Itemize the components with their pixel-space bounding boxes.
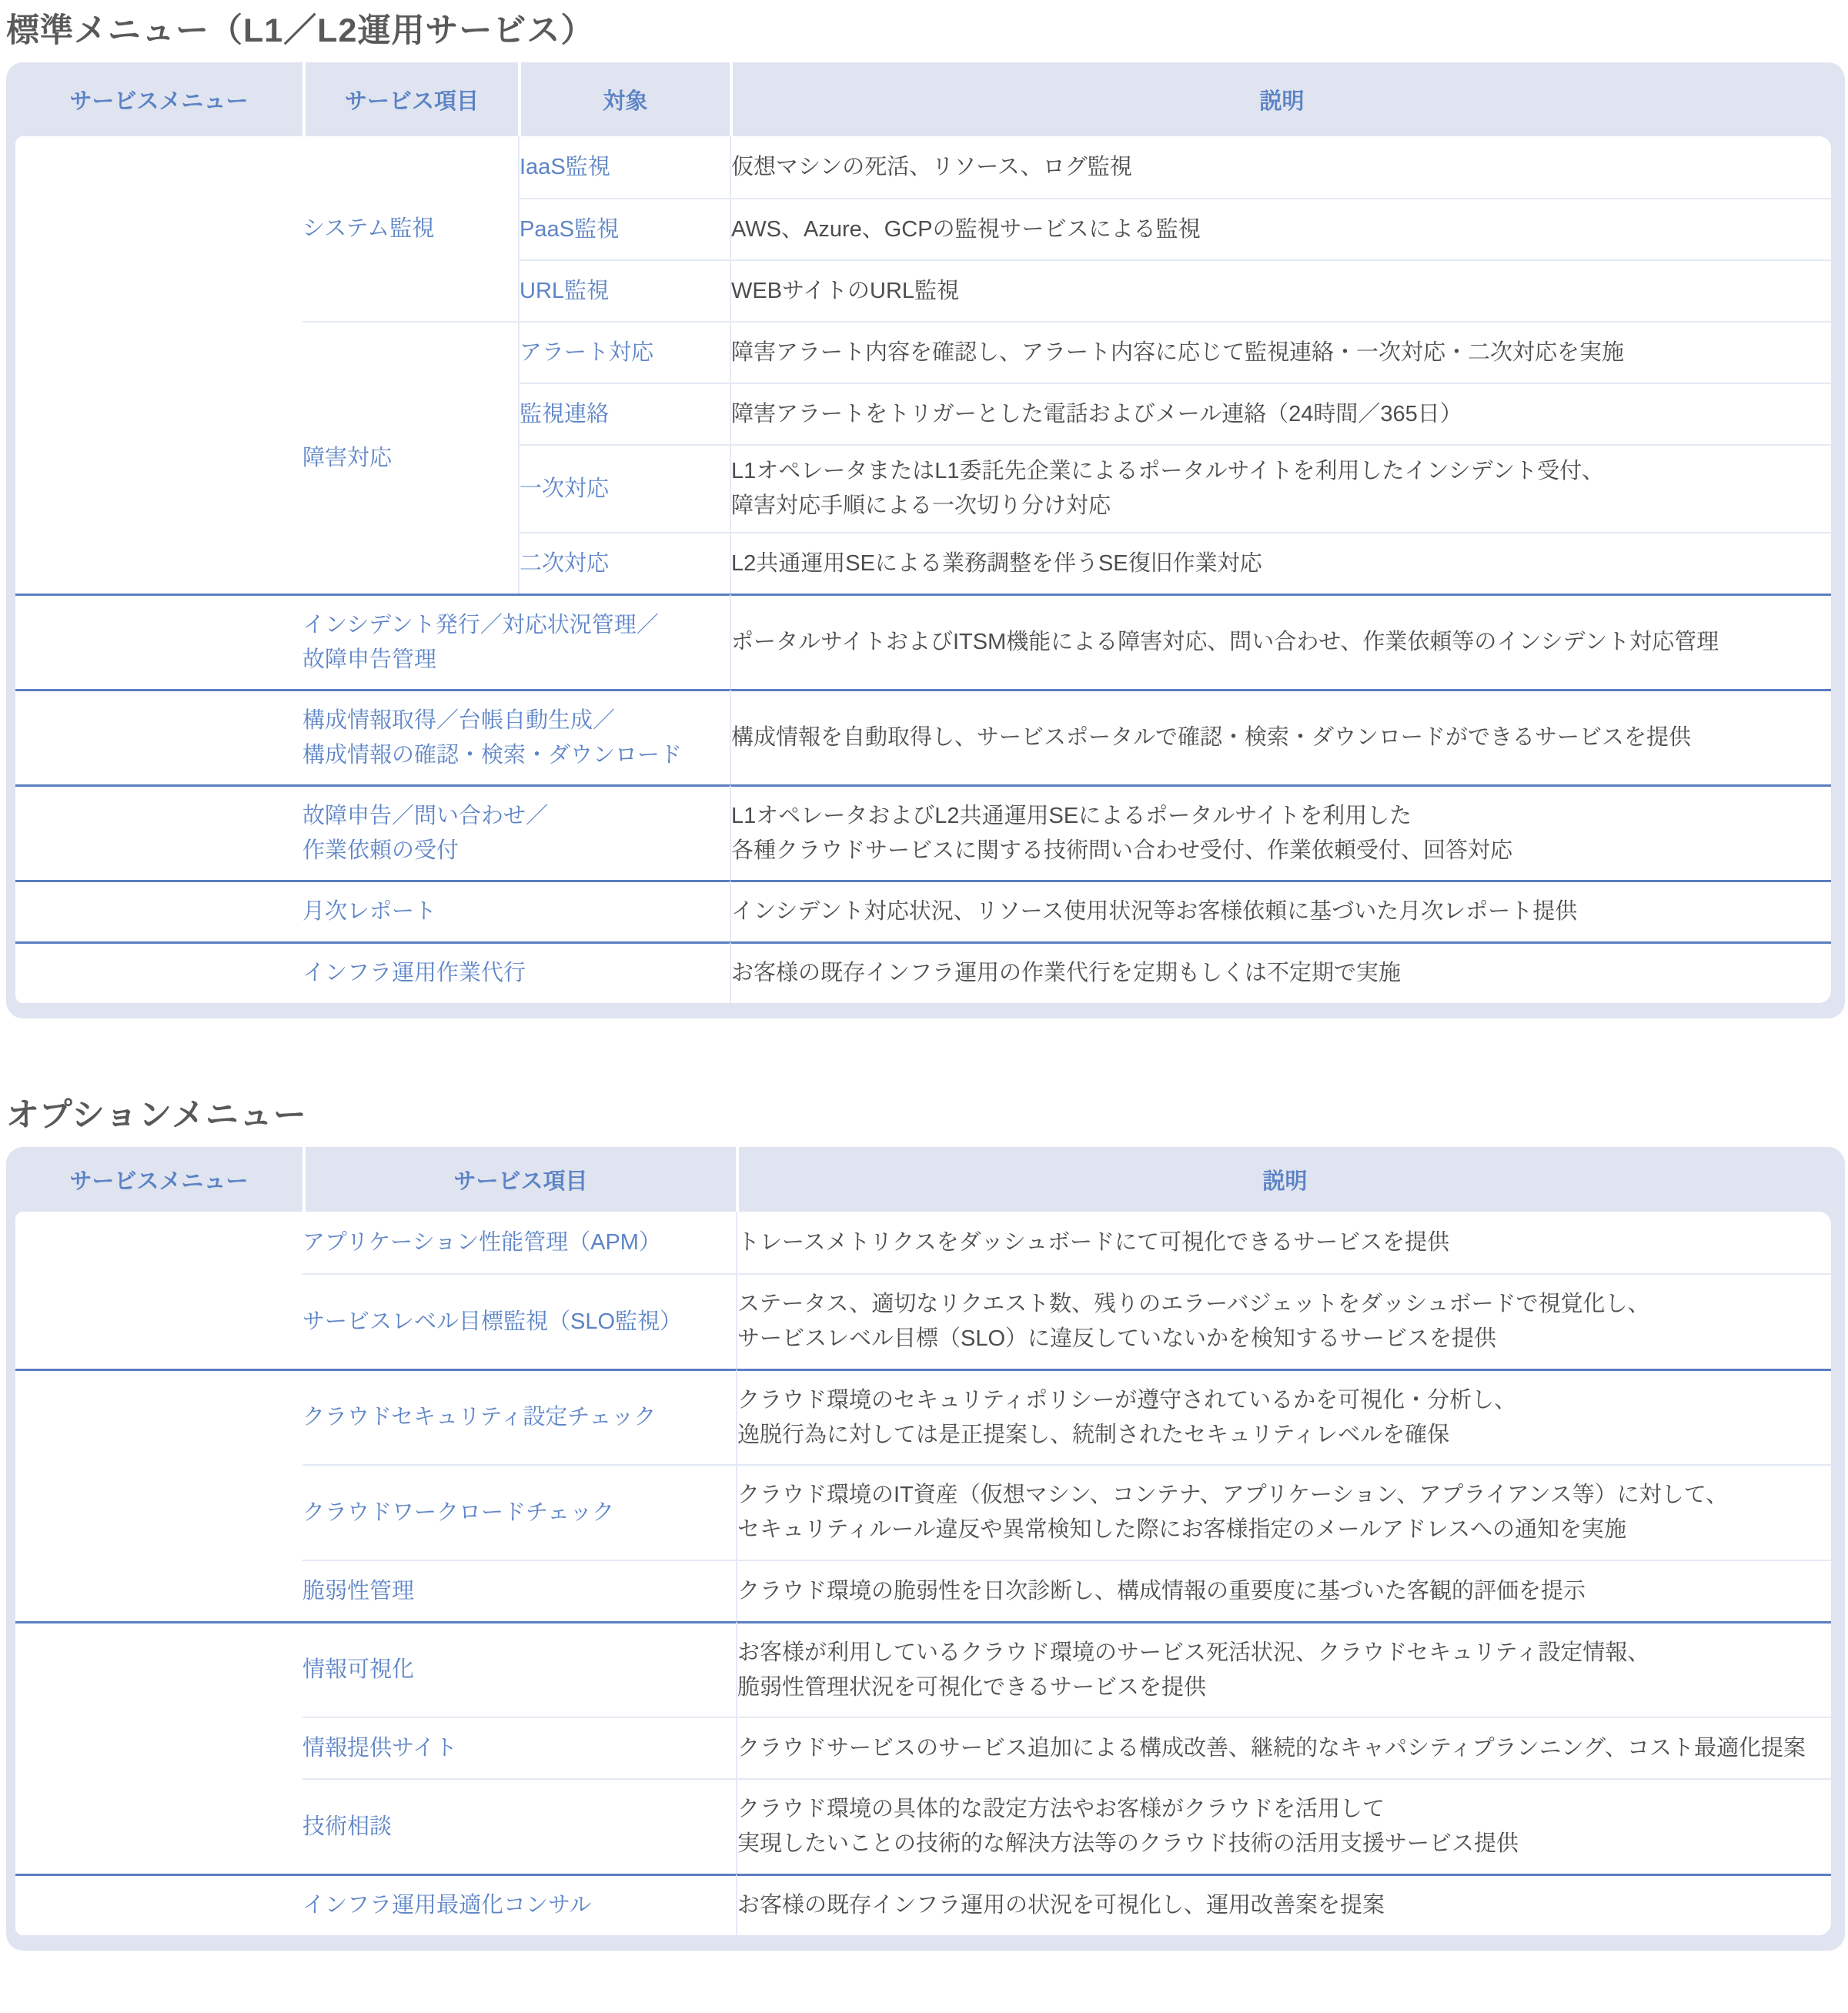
service-item-cell: インフラ運用作業代行 — [302, 941, 730, 1003]
option-menu-card: サービスメニュー サービス項目 説明 Observability アプリケーショ… — [6, 1147, 1845, 1951]
description-cell: クラウド環境のIT資産（仮想マシン、コンテナ、アプリケーション、アプライアンス等… — [736, 1464, 1831, 1560]
service-item-cell: システム監視 — [302, 136, 518, 321]
service-menu-cell: サポート窓口 — [15, 784, 302, 880]
service-item-cell: 故障申告／問い合わせ／ 作業依頼の受付 — [302, 784, 730, 880]
description-cell: L1オペレータまたはL1委託先企業によるポータルサイトを利用したインシデント受付… — [730, 444, 1831, 532]
service-item-cell: クラウドワークロードチェック — [302, 1464, 736, 1560]
service-menu-cell: 構成管理 — [15, 689, 302, 784]
service-menu-cell: クラウド 最適化 — [15, 1621, 302, 1874]
column-header-service-item: サービス項目 — [302, 1147, 736, 1212]
table-row: クラウド 最適化 情報可視化 お客様が利用しているクラウド環境のサービス死活状況… — [15, 1621, 1831, 1717]
description-cell: お客様が利用しているクラウド環境のサービス死活状況、クラウドセキュリティ設定情報… — [736, 1621, 1831, 1717]
table-row: サポート窓口 故障申告／問い合わせ／ 作業依頼の受付 L1オペレータおよびL2共… — [15, 784, 1831, 880]
target-cell: 二次対応 — [518, 532, 730, 594]
standard-header-row: サービスメニュー サービス項目 対象 説明 — [15, 62, 1831, 136]
service-item-cell: アプリケーション性能管理（APM） — [302, 1212, 736, 1273]
target-cell: IaaS監視 — [518, 136, 730, 198]
target-cell: 一次対応 — [518, 444, 730, 532]
service-item-cell: クラウドセキュリティ設定チェック — [302, 1369, 736, 1464]
service-item-cell: 月次レポート — [302, 880, 730, 941]
service-item-cell: 情報提供サイト — [302, 1717, 736, 1778]
service-item-cell: 技術相談 — [302, 1778, 736, 1874]
description-cell: 仮想マシンの死活、リソース、ログ監視 — [730, 136, 1831, 198]
description-cell: AWS、Azure、GCPの監視サービスによる監視 — [730, 198, 1831, 259]
description-cell: L1オペレータおよびL2共通運用SEによるポータルサイトを利用した 各種クラウド… — [730, 784, 1831, 880]
service-menu-cell: 運用監視 — [15, 136, 302, 594]
service-item-cell: インフラ運用最適化コンサル — [302, 1874, 736, 1935]
table-row: 作業代行 インフラ運用作業代行 お客様の既存インフラ運用の作業代行を定期もしくは… — [15, 941, 1831, 1003]
service-menu-cell: インシデント管理 — [15, 594, 302, 689]
description-cell: お客様の既存インフラ運用の状況を可視化し、運用改善案を提案 — [736, 1874, 1831, 1935]
option-menu-table: サービスメニュー サービス項目 説明 Observability アプリケーショ… — [15, 1147, 1831, 1935]
description-cell: ポータルサイトおよびITSM機能による障害対応、問い合わせ、作業依頼等のインシデ… — [730, 594, 1831, 689]
standard-menu-title: 標準メニュー（L1／L2運用サービス） — [6, 5, 1848, 52]
description-cell: L2共通運用SEによる業務調整を伴うSE復旧作業対応 — [730, 532, 1831, 594]
description-cell: 障害アラートをトリガーとした電話およびメール連絡（24時間／365日） — [730, 383, 1831, 444]
option-header-row: サービスメニュー サービス項目 説明 — [15, 1147, 1831, 1212]
description-cell: ステータス、適切なリクエスト数、残りのエラーバジェットをダッシュボードで視覚化し… — [736, 1273, 1831, 1369]
target-cell: アラート対応 — [518, 321, 730, 383]
column-header-service-menu: サービスメニュー — [15, 62, 302, 136]
table-row: インシデント管理 インシデント発行／対応状況管理／ 故障申告管理 ポータルサイト… — [15, 594, 1831, 689]
service-menu-cell: レポート提供 — [15, 880, 302, 941]
service-menu-cell: 運用最適化 — [15, 1874, 302, 1935]
service-menu-cell: 作業代行 — [15, 941, 302, 1003]
service-item-cell: 情報可視化 — [302, 1621, 736, 1717]
description-cell: クラウド環境の具体的な設定方法やお客様がクラウドを活用して 実現したいことの技術… — [736, 1778, 1831, 1874]
column-header-description: 説明 — [736, 1147, 1831, 1212]
description-cell: クラウドサービスのサービス追加による構成改善、継続的なキャパシティプランニング、… — [736, 1717, 1831, 1778]
service-item-cell: サービスレベル目標監視（SLO監視） — [302, 1273, 736, 1369]
standard-menu-card: サービスメニュー サービス項目 対象 説明 運用監視 システム監視 IaaS監視… — [6, 62, 1845, 1018]
table-row: 構成管理 構成情報取得／台帳自動生成／ 構成情報の確認・検索・ダウンロード 構成… — [15, 689, 1831, 784]
target-cell: 監視連絡 — [518, 383, 730, 444]
service-item-cell: 障害対応 — [302, 321, 518, 594]
column-header-service-item: サービス項目 — [302, 62, 518, 136]
table-row: 運用監視 システム監視 IaaS監視 仮想マシンの死活、リソース、ログ監視 — [15, 136, 1831, 198]
target-cell: URL監視 — [518, 259, 730, 321]
column-header-service-menu: サービスメニュー — [15, 1147, 302, 1212]
service-item-cell: 構成情報取得／台帳自動生成／ 構成情報の確認・検索・ダウンロード — [302, 689, 730, 784]
service-item-cell: インシデント発行／対応状況管理／ 故障申告管理 — [302, 594, 730, 689]
service-item-cell: 脆弱性管理 — [302, 1560, 736, 1621]
description-cell: トレースメトリクスをダッシュボードにて可視化できるサービスを提供 — [736, 1212, 1831, 1273]
description-cell: お客様の既存インフラ運用の作業代行を定期もしくは不定期で実施 — [730, 941, 1831, 1003]
description-cell: インシデント対応状況、リソース使用状況等お客様依頼に基づいた月次レポート提供 — [730, 880, 1831, 941]
table-row: Observability アプリケーション性能管理（APM） トレースメトリク… — [15, 1212, 1831, 1273]
target-cell: PaaS監視 — [518, 198, 730, 259]
option-menu-title: オプションメニュー — [6, 1089, 1848, 1136]
column-header-target: 対象 — [518, 62, 730, 136]
description-cell: 構成情報を自動取得し、サービスポータルで確認・検索・ダウンロードができるサービス… — [730, 689, 1831, 784]
column-header-description: 説明 — [730, 62, 1831, 136]
description-cell: WEBサイトのURL監視 — [730, 259, 1831, 321]
table-row: レポート提供 月次レポート インシデント対応状況、リソース使用状況等お客様依頼に… — [15, 880, 1831, 941]
service-menu-cell: セキュリティ ＆ ガバナンス — [15, 1369, 302, 1621]
table-row: セキュリティ ＆ ガバナンス クラウドセキュリティ設定チェック クラウド環境のセ… — [15, 1369, 1831, 1464]
description-cell: クラウド環境のセキュリティポリシーが遵守されているかを可視化・分析し、 逸脱行為… — [736, 1369, 1831, 1464]
description-cell: クラウド環境の脆弱性を日次診断し、構成情報の重要度に基づいた客観的評価を提示 — [736, 1560, 1831, 1621]
table-row: 運用最適化 インフラ運用最適化コンサル お客様の既存インフラ運用の状況を可視化し… — [15, 1874, 1831, 1935]
standard-menu-table: サービスメニュー サービス項目 対象 説明 運用監視 システム監視 IaaS監視… — [15, 62, 1831, 1003]
service-menu-cell: Observability — [15, 1212, 302, 1369]
description-cell: 障害アラート内容を確認し、アラート内容に応じて監視連絡・一次対応・二次対応を実施 — [730, 321, 1831, 383]
